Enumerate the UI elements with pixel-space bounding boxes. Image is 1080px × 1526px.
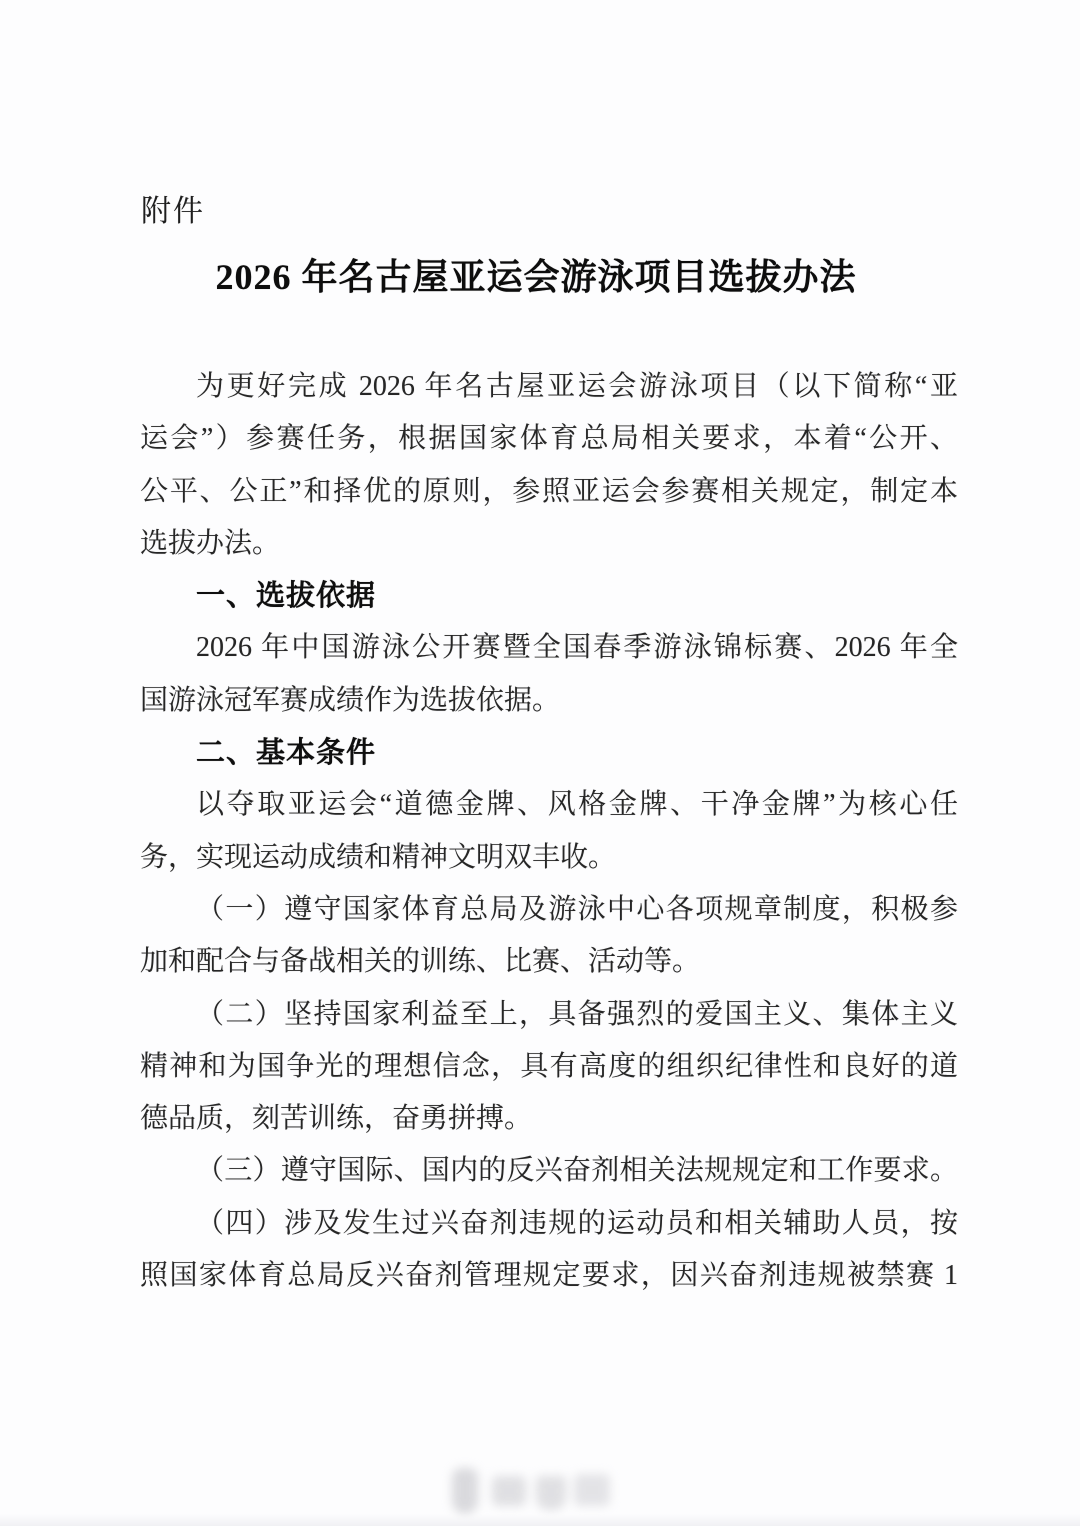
- watermark-blob: [492, 1476, 526, 1506]
- photo-bottom-edge: [0, 1514, 1080, 1526]
- paragraph-line: 加和配合与备战相关的训练、比赛、活动等。: [140, 936, 958, 988]
- document-page: 附件 2026 年名古屋亚运会游泳项目选拔办法 为更好完成 2026 年名古屋亚…: [0, 0, 1080, 1526]
- paragraph-line: 国游泳冠军赛成绩作为选拔依据。: [140, 675, 958, 727]
- paragraph-line: 2026 年中国游泳公开赛暨全国春季游泳锦标赛、2026 年全: [140, 622, 958, 674]
- document-body: 为更好完成 2026 年名古屋亚运会游泳项目（以下简称“亚 运会”）参赛任务，根…: [140, 361, 958, 1302]
- paragraph-line: 务，实现运动成绩和精神文明双丰收。: [140, 832, 958, 884]
- paragraph-line: 公平、公正”和择优的原则，参照亚运会参赛相关规定，制定本: [140, 466, 958, 518]
- paragraph-line: （二）坚持国家利益至上，具备强烈的爱国主义、集体主义: [140, 989, 958, 1041]
- paragraph-line: 为更好完成 2026 年名古屋亚运会游泳项目（以下简称“亚: [140, 361, 958, 413]
- watermark-blob: [452, 1468, 478, 1514]
- paragraph-line: 选拔办法。: [140, 518, 958, 570]
- paragraph-line: （三）遵守国际、国内的反兴奋剂相关法规规定和工作要求。: [140, 1145, 958, 1197]
- paragraph-line: 德品质，刻苦训练，奋勇拼搏。: [140, 1093, 958, 1145]
- paragraph-line: 精神和为国争光的理想信念，具有高度的组织纪律性和良好的道: [140, 1041, 958, 1093]
- page-title: 2026 年名古屋亚运会游泳项目选拔办法: [0, 254, 1072, 300]
- watermark-blob: [536, 1476, 566, 1510]
- paragraph-line: （四）涉及发生过兴奋剂违规的运动员和相关辅助人员，按: [140, 1198, 958, 1250]
- section-heading-1: 一、选拔依据: [140, 570, 958, 622]
- paragraph-line: 照国家体育总局反兴奋剂管理规定要求，因兴奋剂违规被禁赛 1: [140, 1250, 958, 1302]
- watermark-blob: [574, 1474, 610, 1506]
- attachment-label: 附件: [141, 194, 205, 230]
- section-heading-2: 二、基本条件: [140, 727, 958, 779]
- paragraph-line: 以夺取亚运会“道德金牌、风格金牌、干净金牌”为核心任: [140, 779, 958, 831]
- faint-watermark: [440, 1462, 640, 1520]
- paragraph-line: （一）遵守国家体育总局及游泳中心各项规章制度，积极参: [140, 884, 958, 936]
- paragraph-line: 运会”）参赛任务，根据国家体育总局相关要求，本着“公开、: [140, 413, 958, 465]
